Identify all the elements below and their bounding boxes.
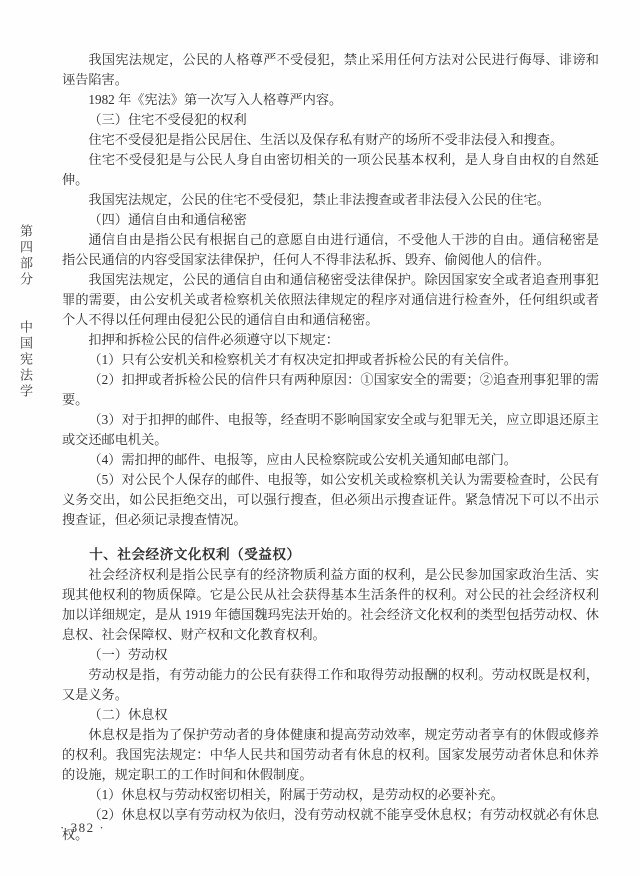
subsection-heading: （二）休息权 [62, 705, 599, 725]
body-paragraph: 休息权是指为了保护劳动者的身体健康和提高劳动效率，规定劳动者享有的休假或修养的权… [62, 725, 599, 785]
body-paragraph: 通信自由是指公民有根据自己的意愿自由进行通信，不受他人干涉的自由。通信秘密是指公… [62, 230, 599, 270]
body-paragraph: 劳动权是指，有劳动能力的公民有获得工作和取得劳动报酬的权利。劳动权既是权利，又是… [62, 665, 599, 705]
page-number: · 382 · [60, 820, 105, 836]
body-paragraph: 扣押和拆检公民的信件必须遵守以下规定： [62, 330, 599, 350]
body-paragraph: （1）休息权与劳动权密切相关，附属于劳动权，是劳动权的必要补充。 [62, 785, 599, 805]
page-content: 我国宪法规定，公民的人格尊严不受侵犯，禁止采用任何方法对公民进行侮辱、诽谤和诬告… [62, 50, 599, 845]
subsection-heading: （四）通信自由和通信秘密 [62, 210, 599, 230]
body-paragraph: （5）对公民个人保存的邮件、电报等，如公安机关或检察机关认为需要检查时，公民有义… [62, 470, 599, 530]
body-paragraph: （2）扣押或者拆检公民的信件只有两种原因：①国家安全的需要；②追查刑事犯罪的需要… [62, 370, 599, 410]
subsection-heading: （三）住宅不受侵犯的权利 [62, 110, 599, 130]
subject-label: 中国宪法学 [18, 320, 33, 400]
page-margin-label: 第四部分 中国宪法学 [19, 224, 32, 400]
body-paragraph: （3）对于扣押的邮件、电报等，经查明不影响国家安全或与犯罪无关，应立即退还原主或… [62, 410, 599, 450]
body-paragraph: （4）需扣押的邮件、电报等，应由人民检察院或公安机关通知邮电部门。 [62, 450, 599, 470]
body-paragraph: 我国宪法规定，公民的住宅不受侵犯，禁止非法搜查或者非法侵入公民的住宅。 [62, 190, 599, 210]
subsection-heading: （一）劳动权 [62, 645, 599, 665]
body-paragraph: 社会经济权利是指公民享有的经济物质利益方面的权利，是公民参加国家政治生活、实现其… [62, 565, 599, 645]
book-page: 第四部分 中国宪法学 我国宪法规定，公民的人格尊严不受侵犯，禁止采用任何方法对公… [0, 0, 640, 876]
body-paragraph: （2）休息权以享有劳动权为依归，没有劳动权就不能享受休息权；有劳动权就必有休息权… [62, 805, 599, 845]
body-paragraph: 我国宪法规定，公民的人格尊严不受侵犯，禁止采用任何方法对公民进行侮辱、诽谤和诬告… [62, 50, 599, 90]
body-paragraph: 我国宪法规定，公民的通信自由和通信秘密受法律保护。除因国家安全或者追查刑事犯罪的… [62, 270, 599, 330]
body-paragraph: （1）只有公安机关和检察机关才有权决定扣押或者拆检公民的有关信件。 [62, 350, 599, 370]
body-paragraph: 1982 年《宪法》第一次写入人格尊严内容。 [62, 90, 599, 110]
section-heading: 十、社会经济文化权利（受益权） [62, 545, 599, 565]
body-paragraph: 住宅不受侵犯是与公民人身自由密切相关的一项公民基本权利，是人身自由权的自然延伸。 [62, 150, 599, 190]
body-paragraph: 住宅不受侵犯是指公民居住、生活以及保存私有财产的场所不受非法侵入和搜查。 [62, 130, 599, 150]
part-label: 第四部分 [18, 224, 33, 288]
